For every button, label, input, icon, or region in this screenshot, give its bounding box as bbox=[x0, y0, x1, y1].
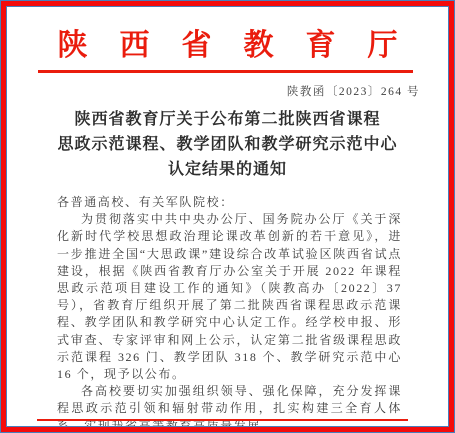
notice-body: 各普通高校、有关军队院校： 为贯彻落实中共中央办公厅、国务院办公厅《关于深化新时… bbox=[7, 194, 448, 427]
salutation: 各普通高校、有关军队院校： bbox=[57, 194, 402, 211]
footer-rule bbox=[37, 419, 408, 422]
notice-title: 陕西省教育厅关于公布第二批陕西省课程 思政示范课程、教学团队和教学研究示范中心 … bbox=[7, 107, 448, 182]
notice-title-line-1: 陕西省教育厅关于公布第二批陕西省课程 bbox=[7, 107, 448, 132]
body-paragraph-1: 为贯彻落实中共中央办公厅、国务院办公厅《关于深化新时代学校思想政治理论课改革创新… bbox=[57, 211, 402, 383]
notice-title-line-2: 思政示范课程、教学团队和教学研究示范中心 bbox=[7, 132, 448, 157]
letterhead-divider-rule bbox=[38, 70, 413, 73]
document-content: 陕西省教育厅 陕教函〔2023〕264 号 陕西省教育厅关于公布第二批陕西省课程… bbox=[6, 6, 449, 427]
red-border-frame: 陕西省教育厅 陕教函〔2023〕264 号 陕西省教育厅关于公布第二批陕西省课程… bbox=[1, 1, 454, 432]
notice-title-line-3: 认定结果的通知 bbox=[7, 157, 448, 182]
document-page: 陕西省教育厅 陕教函〔2023〕264 号 陕西省教育厅关于公布第二批陕西省课程… bbox=[0, 0, 455, 433]
agency-letterhead: 陕西省教育厅 bbox=[7, 28, 448, 64]
document-number: 陕教函〔2023〕264 号 bbox=[7, 86, 448, 99]
